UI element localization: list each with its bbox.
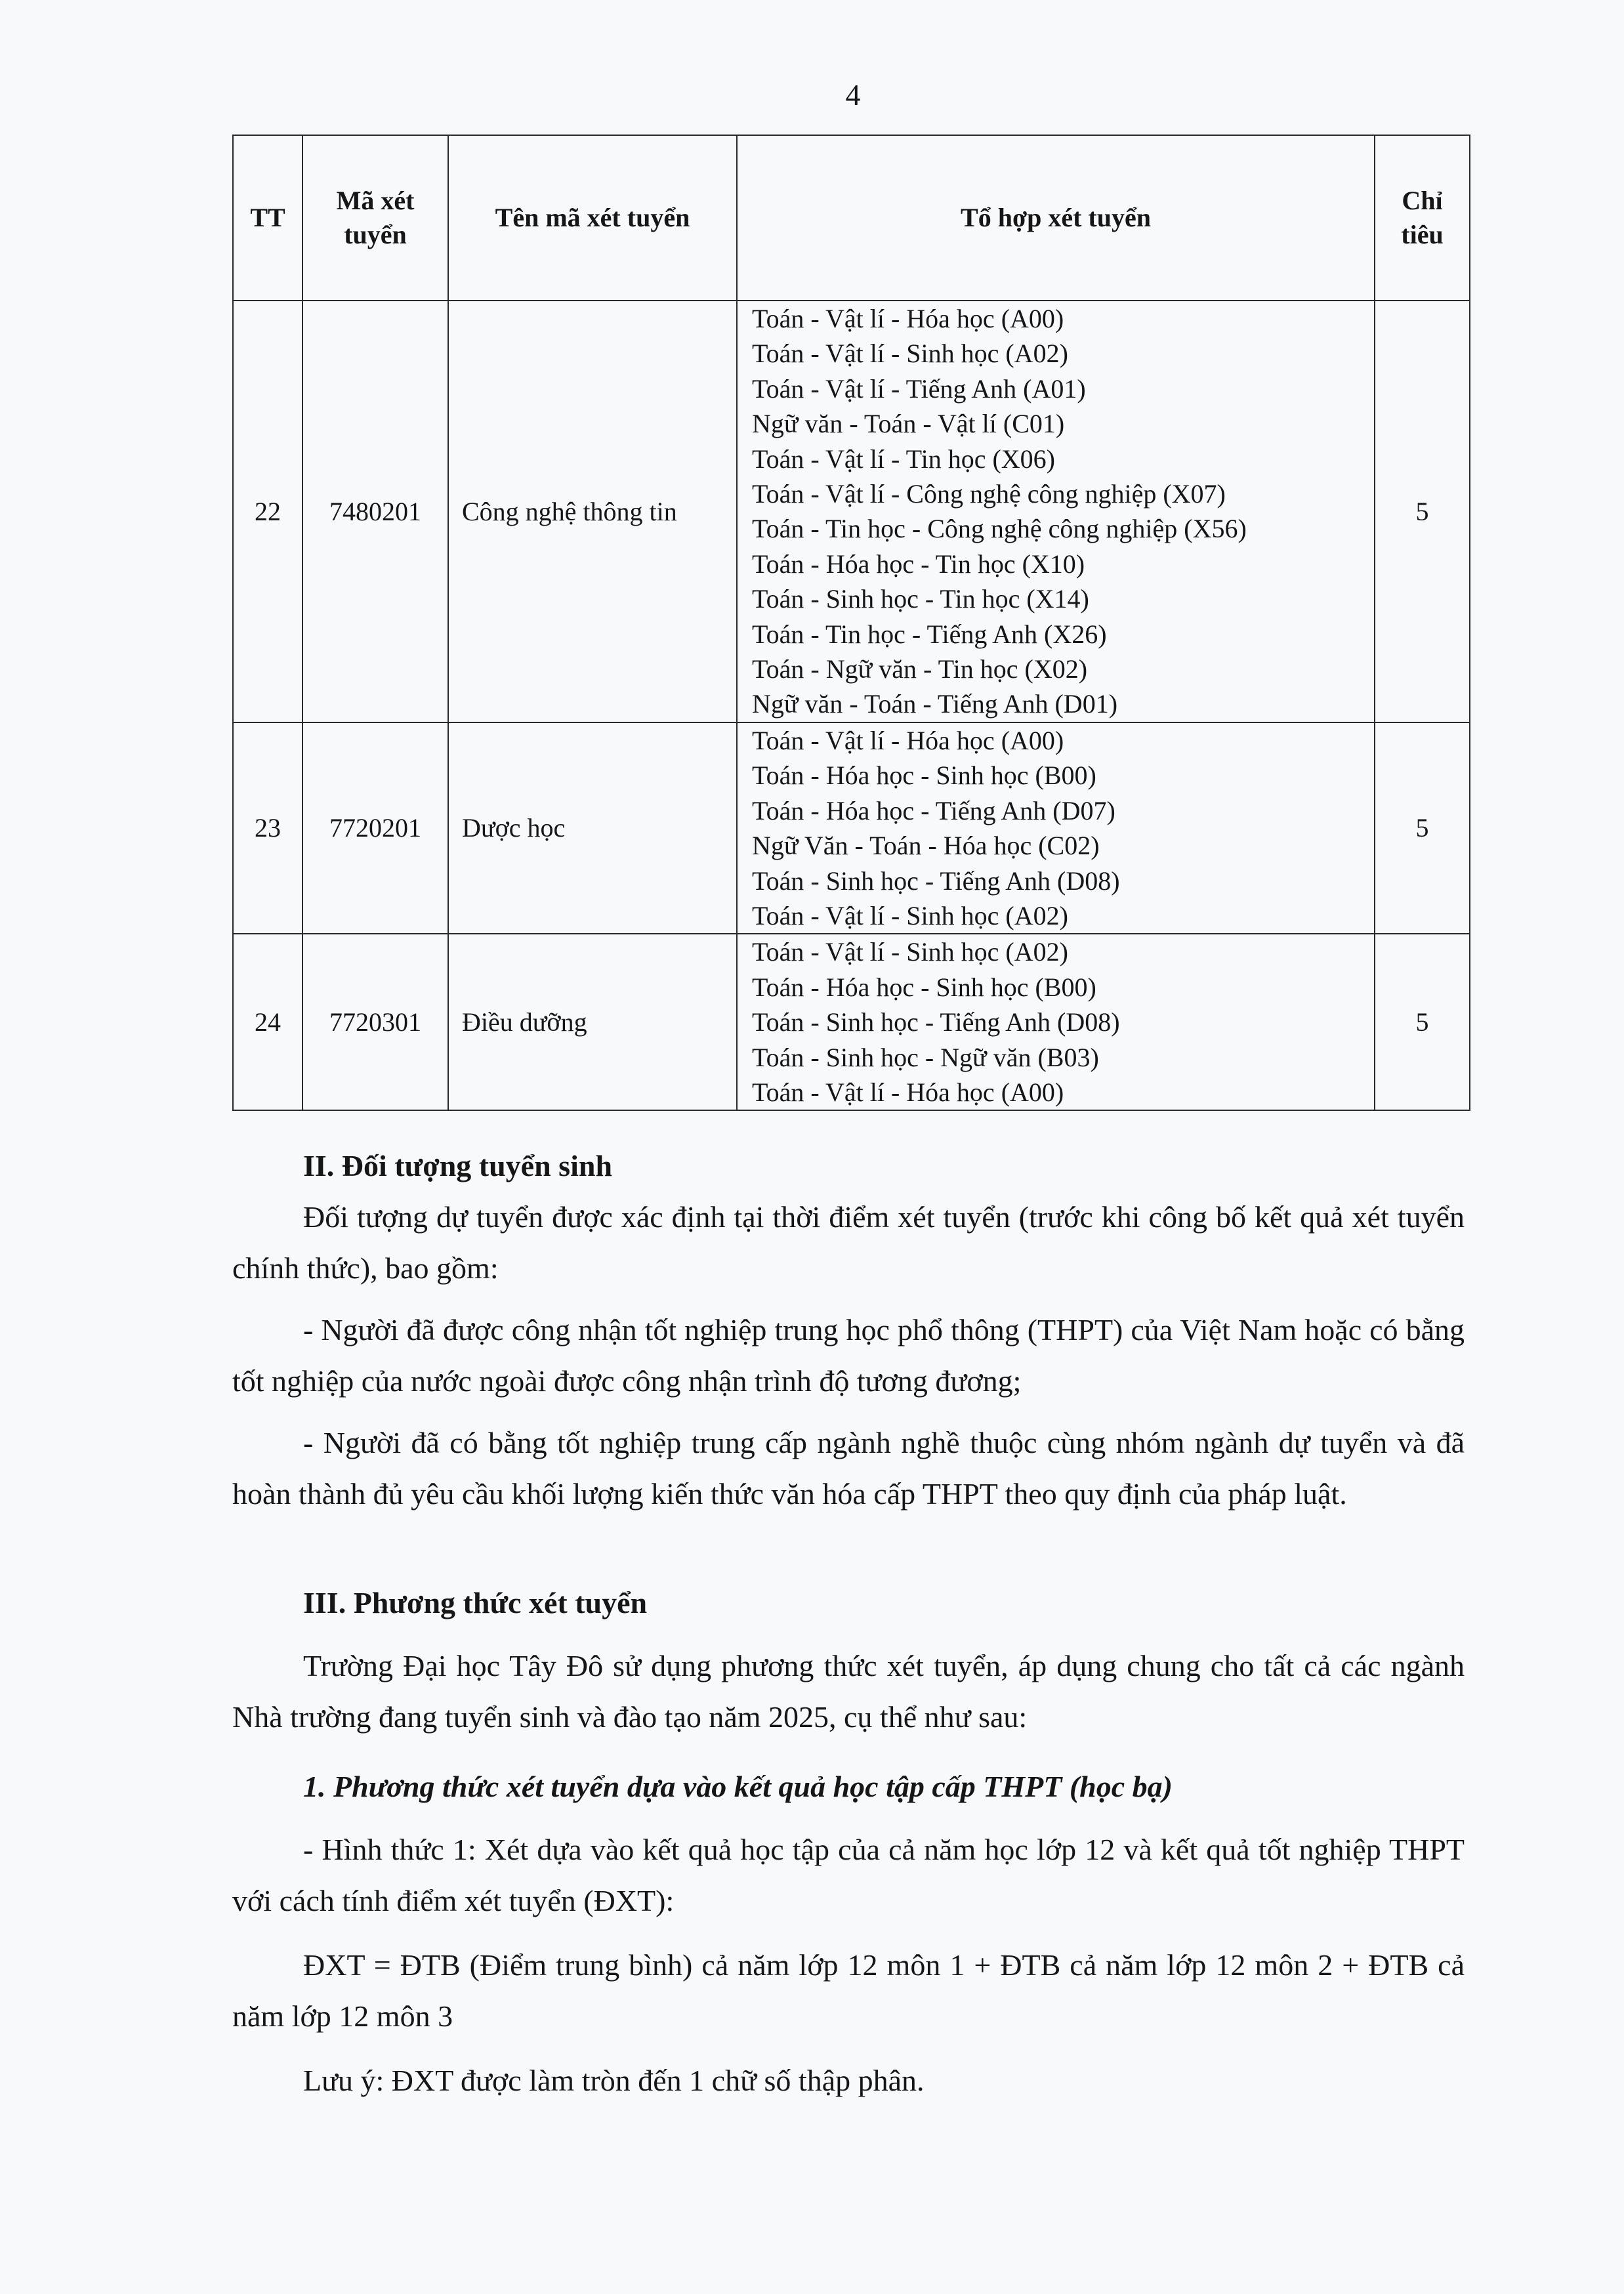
- row-code: 7720201: [302, 722, 448, 934]
- combination-item: Ngữ văn - Toán - Vật lí (C01): [752, 406, 1374, 441]
- combination-item: Toán - Vật lí - Tin học (X06): [752, 442, 1374, 476]
- section-3-heading: III. Phương thức xét tuyển: [303, 1577, 647, 1629]
- combination-item: Toán - Vật lí - Sinh học (A02): [752, 898, 1374, 933]
- table-header-row: TT Mã xét tuyển Tên mã xét tuyển Tổ hợp …: [233, 135, 1470, 301]
- section-3-intro: Trường Đại học Tây Đô sử dụng phương thứ…: [232, 1640, 1465, 1743]
- header-name: Tên mã xét tuyển: [448, 135, 737, 301]
- section-2-content: Đối tượng dự tuyển được xác định tại thờ…: [232, 1192, 1465, 1520]
- row-combinations: Toán - Vật lí - Hóa học (A00)Toán - Hóa …: [737, 722, 1375, 934]
- row-name: Điều dưỡng: [448, 934, 737, 1110]
- formula: ĐXT = ĐTB (Điểm trung bình) cả năm lớp 1…: [232, 1940, 1465, 2042]
- combination-item: Toán - Vật lí - Hóa học (A00): [752, 723, 1374, 758]
- row-quota: 5: [1375, 301, 1470, 722]
- header-combination: Tổ hợp xét tuyển: [737, 135, 1375, 301]
- table-row: 247720301Điều dưỡngToán - Vật lí - Sinh …: [233, 934, 1470, 1110]
- combination-item: Toán - Hóa học - Sinh học (B00): [752, 970, 1374, 1005]
- table-row: 237720201Dược họcToán - Vật lí - Hóa học…: [233, 722, 1470, 934]
- header-code-line2: tuyển: [303, 218, 448, 252]
- admission-table: TT Mã xét tuyển Tên mã xét tuyển Tổ hợp …: [232, 135, 1470, 1111]
- combination-item: Toán - Tin học - Tiếng Anh (X26): [752, 617, 1374, 652]
- method-1-heading: 1. Phương thức xét tuyển dựa vào kết quả…: [303, 1761, 1173, 1812]
- section-2-bullet-1: - Người đã được công nhận tốt nghiệp tru…: [232, 1304, 1465, 1407]
- combination-item: Toán - Hóa học - Sinh học (B00): [752, 758, 1374, 793]
- row-tt: 23: [233, 722, 302, 934]
- row-quota: 5: [1375, 934, 1470, 1110]
- combination-item: Toán - Sinh học - Tiếng Anh (D08): [752, 864, 1374, 898]
- header-code-line1: Mã xét: [303, 184, 448, 218]
- combination-item: Toán - Vật lí - Công nghệ công nghiệp (X…: [752, 476, 1374, 511]
- method-1-content: - Hình thức 1: Xét dựa vào kết quả học t…: [232, 1824, 1465, 2106]
- section-2-bullet-2: - Người đã có bằng tốt nghiệp trung cấp …: [232, 1417, 1465, 1520]
- row-tt: 24: [233, 934, 302, 1110]
- row-code: 7480201: [302, 301, 448, 722]
- combination-item: Toán - Vật lí - Sinh học (A02): [752, 336, 1374, 371]
- combination-item: Toán - Hóa học - Tin học (X10): [752, 547, 1374, 581]
- combination-item: Toán - Sinh học - Tiếng Anh (D08): [752, 1005, 1374, 1039]
- header-quota-line1: Chỉ: [1375, 184, 1469, 218]
- section-2-heading: II. Đối tượng tuyển sinh: [303, 1140, 612, 1192]
- page-number: 4: [820, 77, 886, 112]
- combination-item: Toán - Vật lí - Tiếng Anh (A01): [752, 371, 1374, 406]
- header-quota-line2: tiêu: [1375, 218, 1469, 252]
- row-name: Công nghệ thông tin: [448, 301, 737, 722]
- rounding-note: Lưu ý: ĐXT được làm tròn đến 1 chữ số th…: [232, 2055, 1465, 2106]
- row-code: 7720301: [302, 934, 448, 1110]
- form-1-description: - Hình thức 1: Xét dựa vào kết quả học t…: [232, 1824, 1465, 1927]
- combination-item: Toán - Sinh học - Tin học (X14): [752, 581, 1374, 616]
- header-tt: TT: [233, 135, 302, 301]
- section-2-intro: Đối tượng dự tuyển được xác định tại thờ…: [232, 1192, 1465, 1294]
- row-name: Dược học: [448, 722, 737, 934]
- combination-item: Toán - Vật lí - Sinh học (A02): [752, 934, 1374, 969]
- row-combinations: Toán - Vật lí - Sinh học (A02)Toán - Hóa…: [737, 934, 1375, 1110]
- table-row: 227480201Công nghệ thông tinToán - Vật l…: [233, 301, 1470, 722]
- combination-item: Toán - Tin học - Công nghệ công nghiệp (…: [752, 511, 1374, 546]
- combination-item: Toán - Vật lí - Hóa học (A00): [752, 1075, 1374, 1110]
- combination-item: Toán - Ngữ văn - Tin học (X02): [752, 652, 1374, 686]
- header-code: Mã xét tuyển: [302, 135, 448, 301]
- combination-item: Ngữ Văn - Toán - Hóa học (C02): [752, 828, 1374, 863]
- row-quota: 5: [1375, 722, 1470, 934]
- section-3-content: Trường Đại học Tây Đô sử dụng phương thứ…: [232, 1640, 1465, 1743]
- combination-item: Toán - Sinh học - Ngữ văn (B03): [752, 1040, 1374, 1075]
- row-tt: 22: [233, 301, 302, 722]
- table-body: 227480201Công nghệ thông tinToán - Vật l…: [233, 301, 1470, 1110]
- header-quota: Chỉ tiêu: [1375, 135, 1470, 301]
- combination-item: Toán - Hóa học - Tiếng Anh (D07): [752, 793, 1374, 828]
- combination-item: Toán - Vật lí - Hóa học (A00): [752, 301, 1374, 336]
- row-combinations: Toán - Vật lí - Hóa học (A00)Toán - Vật …: [737, 301, 1375, 722]
- combination-item: Ngữ văn - Toán - Tiếng Anh (D01): [752, 686, 1374, 721]
